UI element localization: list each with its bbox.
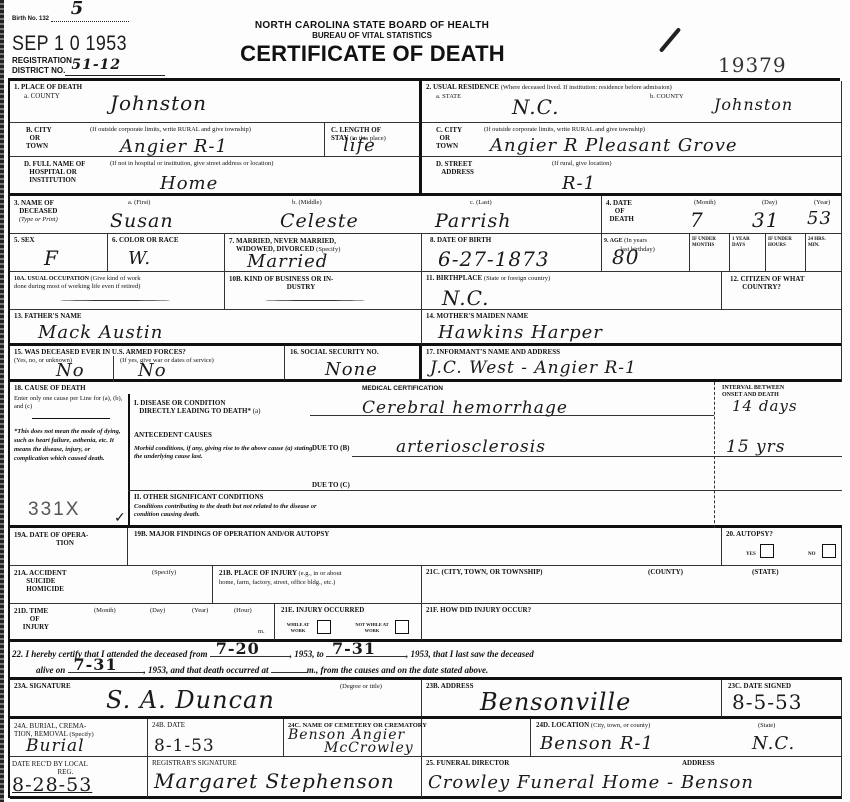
- hospital-note: (If not in hospital or institution, give…: [110, 160, 273, 168]
- residence-county-value: Johnston: [714, 95, 793, 114]
- dod-day-value: 31: [752, 208, 779, 232]
- cert-from-date: 7-20: [216, 639, 260, 658]
- field-injury-time: 21d. TIME OF INJURY (Month) (Day) (Year)…: [10, 604, 275, 642]
- autopsy-yes-checkbox[interactable]: [760, 544, 774, 558]
- divider: [32, 418, 110, 419]
- injury-month-label: (Month): [94, 607, 116, 615]
- last-name-value: Parrish: [435, 210, 512, 232]
- injury-m-label: m.: [258, 628, 265, 636]
- burial-date-label: 24b. DATE: [152, 722, 185, 730]
- field-death-city: b. CITY ORTOWN (If outside corporate lim…: [10, 123, 325, 157]
- while-work-checkbox[interactable]: [317, 620, 331, 634]
- operation-findings-label: 19b. MAJOR FINDINGS OF OPERATION AND/OR …: [134, 531, 329, 539]
- scan-edge: [0, 0, 4, 802]
- dod-month-label: (Month): [694, 199, 716, 207]
- field-informant: 17. INFORMANT'S NAME AND ADDRESS J.C. We…: [422, 346, 842, 382]
- residence-label: 2. USUAL RESIDENCE (Where deceased lived…: [426, 84, 672, 92]
- field-cemetery: 24c. NAME OF CEMETERY OR CREMATORY Benso…: [284, 719, 422, 757]
- dod-year-label: (Year): [814, 199, 830, 207]
- autopsy-no-checkbox[interactable]: [822, 544, 836, 558]
- industry-dash: [265, 300, 365, 301]
- field-injury-location: 21c. (CITY, TOWN, OR TOWNSHIP) (COUNTY) …: [422, 566, 842, 604]
- occupation-label: 10a. USUAL OCCUPATION (Give kind of work…: [14, 275, 140, 291]
- residence-city-value: Angier R Pleasant Grove: [490, 135, 738, 156]
- ssn-value: None: [325, 359, 378, 380]
- injury-hour-label: (Hour): [234, 607, 252, 615]
- district-label: DISTRICT NO.51-12: [12, 66, 165, 76]
- field-date-signed: 23c. DATE SIGNED 8-5-53: [722, 680, 842, 719]
- page-title: CERTIFICATE OF DEATH: [240, 41, 505, 67]
- cause-instructions: Enter only one cause per Line for (a), (…: [14, 395, 126, 411]
- birthplace-note: (State or foreign country): [484, 275, 550, 282]
- field-age-days: 1 YEARDays: [730, 234, 766, 272]
- race-label: 6. COLOR OR RACE: [112, 237, 179, 245]
- injury-type-note: (Specify): [152, 569, 176, 577]
- certificate-number: 19379: [718, 53, 787, 77]
- street-value: R-1: [562, 173, 596, 194]
- residence-city-label: c. CITY ORTOWN: [436, 126, 462, 150]
- residence-state-value: N.C.: [512, 95, 560, 119]
- cert-to-label: , to: [312, 649, 324, 659]
- race-value: W.: [128, 248, 151, 269]
- field-birthplace: 11. BIRTHPLACE (State or foreign country…: [422, 272, 722, 310]
- dod-day-label: (Day): [762, 199, 777, 207]
- cert-alive-label: alive on: [36, 665, 65, 675]
- part1-label: I. DISEASE OR CONDITION DIRECTLY LEADING…: [134, 399, 261, 415]
- dob-value: 6-27-1873: [438, 247, 550, 271]
- armed-1-value: No: [56, 360, 85, 381]
- field-injury-type: 21a. ACCIDENT SUICIDE HOMICIDE (Specify): [10, 566, 213, 604]
- street-label: d. STREET ADDRESS: [436, 160, 474, 176]
- field-deceased-name: 3. NAME OF DECEASED (Type or Print) a. (…: [10, 196, 602, 234]
- registrar-value: Margaret Stephenson: [154, 769, 395, 793]
- location-state-value: N.C.: [752, 733, 795, 754]
- field-age-hours: IF UNDERHours: [766, 234, 806, 272]
- field-funeral-director: 25. FUNERAL DIRECTOR ADDRESS Crowley Fun…: [422, 757, 842, 799]
- informant-label: 17. INFORMANT'S NAME AND ADDRESS: [426, 349, 560, 357]
- hours-label: IF UNDERHours: [768, 237, 792, 249]
- residence-state-label: a. STATE: [436, 93, 461, 101]
- mother-label: 14. MOTHER'S MAIDEN NAME: [426, 313, 528, 321]
- registration-district: REGISTRATION DISTRICT NO.51-12: [12, 56, 165, 76]
- informant-value: J.C. West - Angier R-1: [430, 358, 637, 378]
- autopsy-label: 20. AUTOPSY?: [726, 531, 773, 539]
- birth-number-value: 5: [71, 0, 85, 19]
- field-residence-street: d. STREET ADDRESS (If rural, give locati…: [422, 157, 842, 196]
- residence-county-label: b. COUNTY: [650, 93, 684, 101]
- middle-name-value: Celeste: [280, 210, 359, 232]
- ssn-label: 16. SOCIAL SECURITY NO.: [290, 349, 379, 357]
- cert-year-3: , 1953: [144, 665, 167, 675]
- field-burial-location: 24d. LOCATION (City, town, or county) (S…: [422, 719, 842, 757]
- signature-label: 23a. SIGNATURE: [14, 683, 71, 691]
- hospital-value: Home: [160, 173, 218, 194]
- date-signed-value: 8-5-53: [732, 690, 802, 714]
- cemetery-line-2: McCrowley: [324, 740, 414, 756]
- residence-city-note: (If outside corporate limits, write RURA…: [484, 126, 645, 134]
- field-age-months: IF UNDERMonths: [690, 234, 730, 272]
- field-father: 13. FATHER'S NAME Mack Austin: [10, 310, 422, 346]
- field-signer-address: 23b. ADDRESS Bensonville: [422, 680, 722, 719]
- location-value: Benson R-1: [540, 733, 654, 754]
- last-name-label: c. (Last): [470, 199, 492, 207]
- bureau-name: BUREAU OF VITAL STATISTICS: [242, 31, 502, 40]
- cause-footnote: *This does not mean the mode of dying, s…: [14, 427, 124, 463]
- hospital-label: d. FULL NAME OF HOSPITAL OR INSTITUTION: [24, 160, 85, 184]
- antecedent-label: ANTECEDENT CAUSES: [134, 432, 212, 440]
- field-length-of-stay: c. LENGTH OFSTAY (in this place) life: [325, 123, 422, 157]
- occupation-dash: [60, 300, 170, 301]
- field-date-of-birth: 8. DATE OF BIRTH 6-27-1873: [422, 234, 602, 272]
- citizen-label: 12. CITIZEN OF WHAT COUNTRY?: [730, 275, 805, 291]
- armed-label: 15. WAS DECEASED EVER IN U.S. ARMED FORC…: [14, 349, 186, 357]
- not-while-work-checkbox[interactable]: [395, 620, 409, 634]
- mother-value: Hawkins Harper: [438, 322, 603, 343]
- industry-label: 10b. KIND OF BUSINESS OR IN- DUSTRY: [229, 275, 333, 291]
- cert-year-2: , 1953: [406, 649, 429, 659]
- age-value: 80: [612, 245, 639, 269]
- birthplace-label-text: 11. BIRTHPLACE: [426, 274, 482, 282]
- not-while-work-label: NOT WHILE AT WORK: [350, 622, 394, 634]
- antecedent-note: Morbid conditions, if any, giving rise t…: [134, 445, 314, 461]
- burial-date-value: 8-1-53: [154, 736, 215, 756]
- address-label: 23b. ADDRESS: [426, 683, 473, 691]
- city-note: (If outside corporate limits, write RURA…: [90, 126, 251, 134]
- birthplace-value: N.C.: [442, 286, 490, 310]
- attending-certification: 22. I hereby certify that I attended the…: [10, 642, 842, 680]
- burial-type-value: Burial: [26, 736, 85, 756]
- injury-time-label: 21d. TIME OF INJURY: [14, 607, 49, 631]
- field-ssn: 16. SOCIAL SECURITY NO. None: [285, 346, 422, 382]
- father-label: 13. FATHER'S NAME: [14, 313, 82, 321]
- injury-how-label: 21f. HOW DID INJURY OCCUR?: [426, 607, 531, 615]
- months-label: IF UNDERMonths: [692, 237, 716, 249]
- dod-month-value: 7: [690, 208, 704, 232]
- field-armed-forces: 15. WAS DECEASED EVER IN U.S. ARMED FORC…: [10, 346, 285, 382]
- field-injury-occurred: 21e. INJURY OCCURRED WHILE AT WORK NOT W…: [275, 604, 422, 642]
- injury-occurred-label: 21e. INJURY OCCURRED: [281, 607, 364, 615]
- autopsy-yes-label: YES: [746, 551, 756, 559]
- field-sex: 5. SEX F: [10, 234, 108, 272]
- injury-type-label: 21a. ACCIDENT SUICIDE HOMICIDE: [14, 569, 67, 593]
- father-value: Mack Austin: [38, 322, 163, 343]
- field-residence-state: 2. USUAL RESIDENCE (Where deceased lived…: [422, 81, 842, 123]
- cert-year-1: , 1953: [290, 649, 313, 659]
- field-age: 9. AGE (In years last birthday) 80: [602, 234, 690, 272]
- field-race: 6. COLOR OR RACE W.: [108, 234, 225, 272]
- death-time-line: [271, 665, 307, 673]
- autopsy-no-label: NO: [808, 551, 816, 559]
- field-injury-place: 21b. PLACE OF INJURY (e.g., in or abouth…: [213, 566, 422, 604]
- agency-name: NORTH CAROLINA STATE BOARD OF HEALTH: [242, 21, 502, 31]
- first-name-value: Susan: [110, 210, 174, 232]
- residence-note: (Where deceased lived. If institution: r…: [501, 84, 672, 91]
- dod-year-value: 53: [807, 208, 832, 229]
- field-death-county: 1. PLACE OF DEATH a. COUNTY Johnston: [10, 81, 422, 123]
- first-name-label: a. (First): [128, 199, 150, 207]
- field-date-received: DATE REC'D BY LOCAL REG. 8-28-53: [10, 757, 148, 799]
- cert-to-date: 7-31: [332, 639, 376, 658]
- check-mark-icon: [659, 27, 681, 53]
- birth-number: Birth No. 132 5: [12, 12, 129, 22]
- field-marital-status: 7. MARRIED, NEVER MARRIED, WIDOWED, DIVO…: [225, 234, 422, 272]
- field-occupation: 10a. USUAL OCCUPATION (Give kind of work…: [10, 272, 225, 310]
- cert-text-3: , and that death occurred at: [166, 665, 269, 675]
- cert-text-4: m., from the causes and on the date stat…: [307, 665, 489, 675]
- cause-b-value: arteriosclerosis: [396, 437, 546, 457]
- field-hospital: d. FULL NAME OF HOSPITAL OR INSTITUTION …: [10, 157, 422, 196]
- cause-b-label: DUE TO (b): [312, 445, 349, 453]
- deceased-name-label: 3. NAME OF DECEASED (Type or Print): [14, 199, 58, 224]
- field-registrar-signature: REGISTRAR'S SIGNATURE Margaret Stephenso…: [148, 757, 422, 799]
- cert-text-2: , that I last saw the deceased: [428, 649, 533, 659]
- while-work-label: WHILE AT WORK: [281, 622, 315, 634]
- birthplace-label: 11. BIRTHPLACE (State or foreign country…: [426, 275, 550, 283]
- county-label: a. COUNTY: [24, 93, 60, 101]
- field-burial-date: 24b. DATE 8-1-53: [148, 719, 284, 757]
- received-stamp-date: SEP 1 0 1953: [12, 32, 127, 56]
- cert-alive-date: 7-31: [74, 655, 118, 674]
- registrar-label: REGISTRAR'S SIGNATURE: [152, 760, 237, 768]
- certificate-form: 1. PLACE OF DEATH a. COUNTY Johnston 2. …: [8, 78, 840, 798]
- minutes-label: 24 HRS.Min.: [808, 237, 826, 249]
- death-city-value: Angier R-1: [120, 136, 228, 157]
- injury-place-label: 21b. PLACE OF INJURY (e.g., in or abouth…: [219, 569, 342, 587]
- part2-label: II. OTHER SIGNIFICANT CONDITIONS: [134, 494, 263, 502]
- medical-cert-title: MEDICAL CERTIFICATION: [362, 385, 443, 393]
- interval-a-value: 14 days: [732, 397, 798, 415]
- cause-c-label: DUE TO (c): [312, 482, 350, 490]
- interval-divider: [714, 382, 715, 528]
- injury-city-label: 21c. (CITY, TOWN, OR TOWNSHIP): [426, 569, 543, 577]
- field-operation-findings: 19b. MAJOR FINDINGS OF OPERATION AND/OR …: [128, 528, 722, 566]
- signature-value: S. A. Duncan: [106, 686, 275, 714]
- cause-c-line: [128, 490, 842, 491]
- location-divider: [530, 719, 531, 757]
- part2-note: Conditions contributing to the death but…: [134, 503, 334, 519]
- residence-label-text: 2. USUAL RESIDENCE: [426, 83, 499, 91]
- death-certificate: Birth No. 132 5 SEP 1 0 1953 REGISTRATIO…: [0, 0, 850, 802]
- injury-state-label: (STATE): [752, 569, 779, 577]
- field-operation-date: 19a. DATE OF OPERA- TION: [10, 528, 128, 566]
- cause-code: 331X: [28, 499, 80, 521]
- check-mark-icon: ✓: [114, 510, 127, 526]
- funeral-director-address-label: ADDRESS: [682, 760, 715, 768]
- field-age-minutes: 24 HRS.Min.: [806, 234, 842, 272]
- cause-divider: [128, 394, 130, 528]
- stay-value: life: [343, 135, 376, 156]
- funeral-director-value: Crowley Funeral Home - Benson: [428, 772, 754, 793]
- field-mother: 14. MOTHER'S MAIDEN NAME Hawkins Harper: [422, 310, 842, 346]
- location-state-label: (State): [758, 722, 775, 730]
- armed-divider: [113, 356, 114, 382]
- injury-day-label: (Day): [150, 607, 165, 615]
- cause-of-death-section: 18. CAUSE OF DEATH MEDICAL CERTIFICATION…: [10, 382, 842, 528]
- days-label: 1 YEARDays: [732, 237, 750, 249]
- dod-label: 4. DATE OF DEATH: [606, 199, 634, 223]
- armed-2-value: No: [138, 360, 167, 381]
- field-citizen: 12. CITIZEN OF WHAT COUNTRY?: [722, 272, 842, 310]
- degree-label: (Degree or title): [340, 683, 382, 691]
- field-residence-city: c. CITY ORTOWN (If outside corporate lim…: [422, 123, 842, 157]
- field-industry: 10b. KIND OF BUSINESS OR IN- DUSTRY: [225, 272, 422, 310]
- funeral-director-label: 25. FUNERAL DIRECTOR: [426, 760, 509, 768]
- place-of-death-label: 1. PLACE OF DEATH: [14, 84, 82, 92]
- field-autopsy: 20. AUTOPSY? YES NO: [722, 528, 842, 566]
- location-label: 24d. LOCATION (City, town, or county): [536, 722, 650, 730]
- field-date-of-death: 4. DATE OF DEATH (Month) (Day) (Year) 7 …: [602, 196, 842, 234]
- injury-county-label: (COUNTY): [648, 569, 683, 577]
- cert-num: 22.: [12, 649, 23, 659]
- address-value: Bensonville: [480, 688, 631, 716]
- cause-label: 18. CAUSE OF DEATH: [14, 385, 86, 393]
- date-received-value: 8-28-53: [12, 774, 92, 796]
- city-label: b. CITY ORTOWN: [26, 126, 52, 150]
- field-signature: 23a. SIGNATURE (Degree or title) S. A. D…: [10, 680, 422, 719]
- injury-year-label: (Year): [192, 607, 208, 615]
- dob-label: 8. DATE OF BIRTH: [430, 237, 491, 245]
- marital-value: Married: [247, 251, 328, 272]
- registration-district-value: 51-12: [71, 60, 121, 70]
- field-injury-how: 21f. HOW DID INJURY OCCUR?: [422, 604, 842, 642]
- sex-value: F: [44, 246, 59, 270]
- interval-b-value: 15 yrs: [726, 437, 786, 457]
- operation-date-label: 19a. DATE OF OPERA- TION: [14, 531, 88, 547]
- sex-label: 5. SEX: [14, 237, 35, 245]
- death-county-value: Johnston: [110, 91, 207, 115]
- field-burial-type: 24a. BURIAL, CREMA-TION, REMOVAL (Specif…: [10, 719, 148, 757]
- middle-name-label: b. (Middle): [292, 199, 322, 207]
- street-note: (If rural, give location): [552, 160, 612, 168]
- cause-a-value: Cerebral hemorrhage: [362, 398, 568, 418]
- birth-number-label: Birth No. 132: [12, 16, 49, 22]
- certification-line-2: alive on 7-31, 1953, and that death occu…: [36, 663, 488, 675]
